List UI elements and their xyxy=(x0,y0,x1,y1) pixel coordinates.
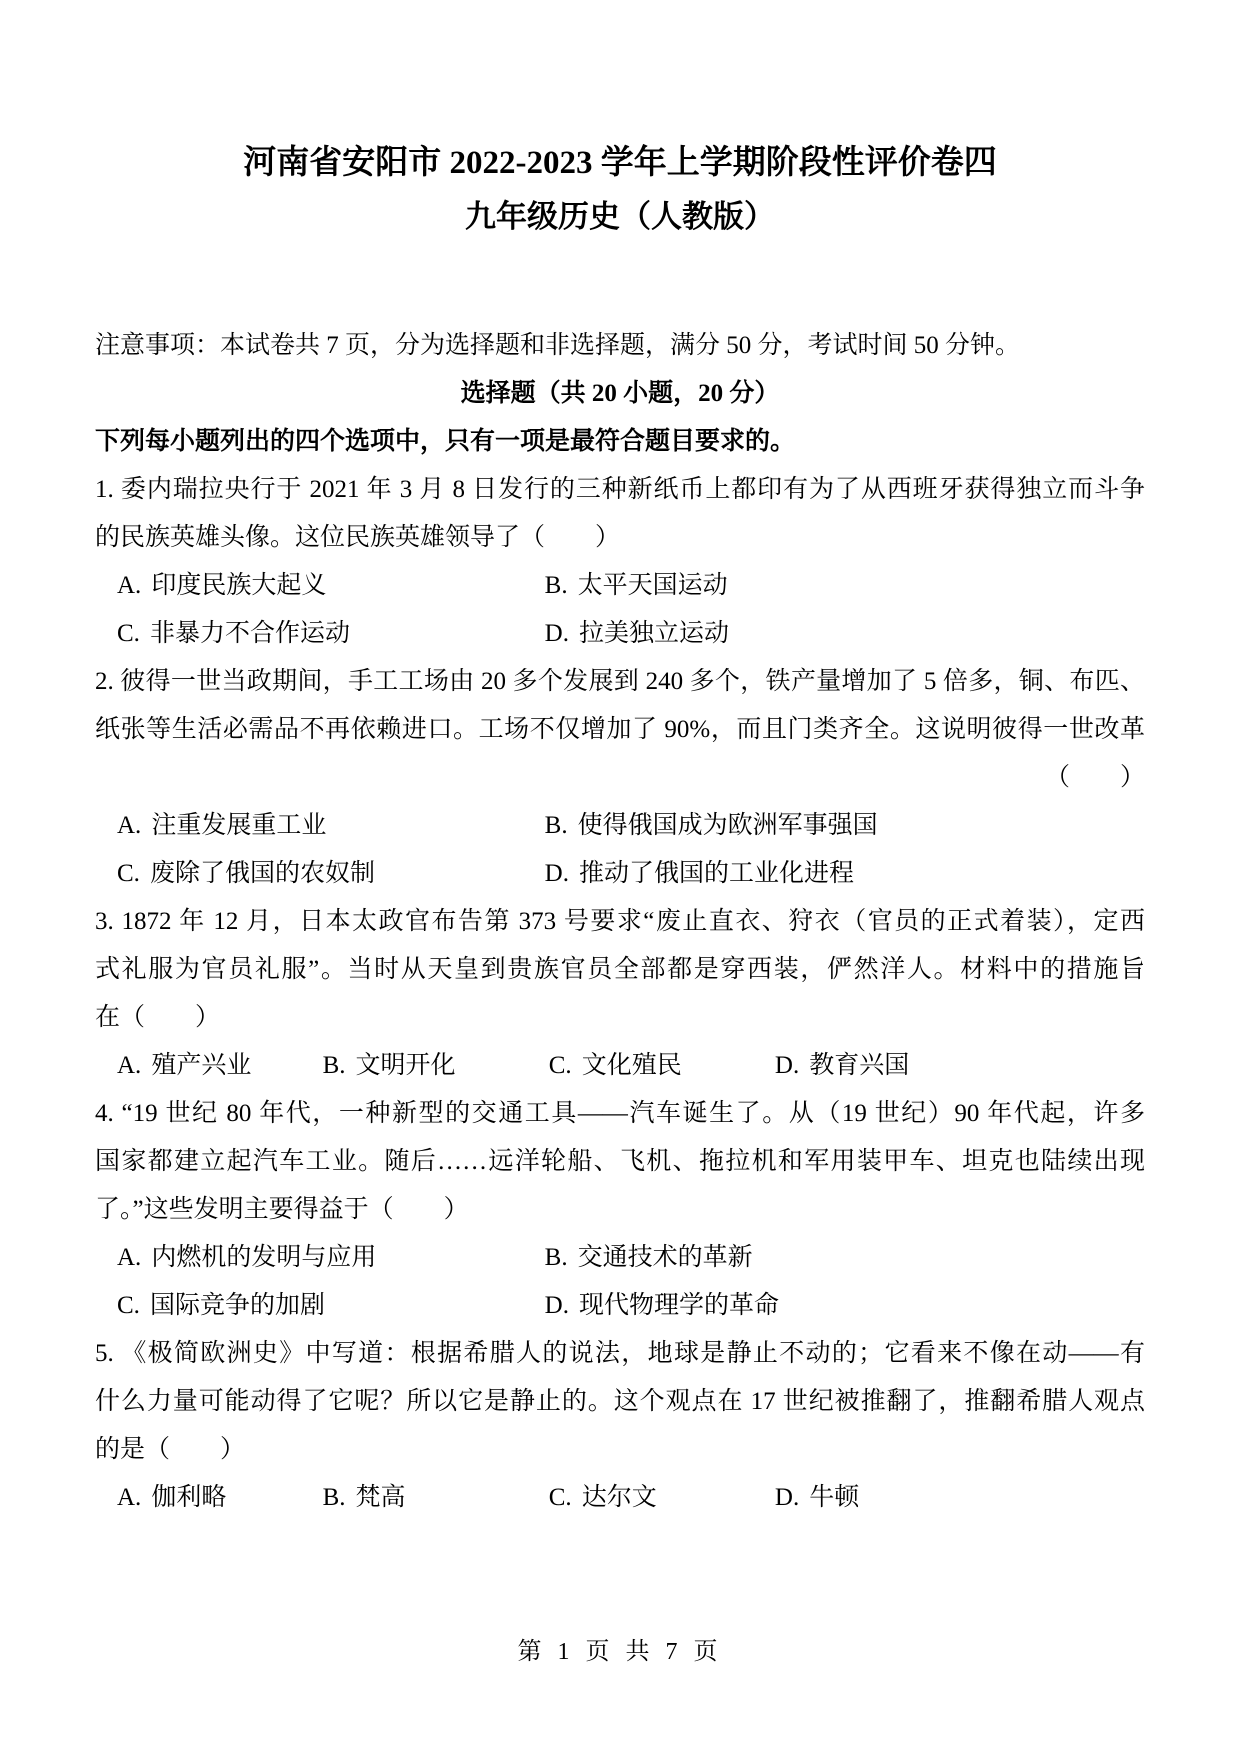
question-1: 1. 委内瑞拉央行于 2021 年 3 月 8 日发行的三种新纸币上都印有为了从… xyxy=(95,466,1145,658)
question-3: 3. 1872 年 12 月，日本太政官布告第 373 号要求“废止直衣、狩衣（… xyxy=(95,898,1145,1090)
question-4-option-B: B.交通技术的革新 xyxy=(545,1234,1145,1282)
question-5-option-D: D.牛顿 xyxy=(775,1474,1145,1522)
option-label: D. xyxy=(545,1292,569,1319)
option-text: 殖产兴业 xyxy=(151,1052,251,1079)
option-text: 教育兴国 xyxy=(809,1052,909,1079)
option-text: 梵高 xyxy=(356,1484,406,1511)
option-label: D. xyxy=(775,1052,799,1079)
question-1-options: A.印度民族大起义B.太平天国运动C.非暴力不合作运动D.拉美独立运动 xyxy=(95,562,1145,658)
option-text: 印度民族大起义 xyxy=(151,572,326,599)
option-label: C. xyxy=(117,620,140,647)
option-text: 伽利略 xyxy=(151,1484,226,1511)
option-label: A. xyxy=(117,1052,141,1079)
section-instruction: 下列每小题列出的四个选项中，只有一项是最符合题目要求的。 xyxy=(95,418,1145,466)
option-label: B. xyxy=(545,812,568,839)
option-text: 交通技术的革新 xyxy=(578,1244,753,1271)
option-label: A. xyxy=(117,1244,141,1271)
question-4: 4. “19 世纪 80 年代，一种新型的交通工具——汽车诞生了。从（19 世纪… xyxy=(95,1090,1145,1330)
question-1-stem-line: 的民族英雄头像。这位民族英雄领导了（ ） xyxy=(95,514,1145,562)
question-4-option-A: A.内燃机的发明与应用 xyxy=(117,1234,545,1282)
question-2-options: A.注重发展重工业B.使得俄国成为欧洲军事强国C.废除了俄国的农奴制D.推动了俄… xyxy=(95,802,1145,898)
question-4-options: A.内燃机的发明与应用B.交通技术的革新C.国际竞争的加剧D.现代物理学的革命 xyxy=(95,1234,1145,1330)
option-label: C. xyxy=(549,1484,572,1511)
option-text: 达尔文 xyxy=(582,1484,657,1511)
question-5-stem-line: 5. 《极简欧洲史》中写道：根据希腊人的说法，地球是静止不动的；它看来不像在动—… xyxy=(95,1330,1145,1378)
question-2-option-C: C.废除了俄国的农奴制 xyxy=(117,850,545,898)
page-footer: 第 1 页 共 7 页 xyxy=(95,1634,1145,1670)
question-1-option-B: B.太平天国运动 xyxy=(545,562,1145,610)
question-5-option-B: B.梵高 xyxy=(323,1474,549,1522)
option-label: D. xyxy=(545,620,569,647)
question-4-option-C: C.国际竞争的加剧 xyxy=(117,1282,545,1330)
option-label: D. xyxy=(775,1484,799,1511)
question-1-stem-line: 1. 委内瑞拉央行于 2021 年 3 月 8 日发行的三种新纸币上都印有为了从… xyxy=(95,466,1145,514)
option-label: D. xyxy=(545,860,569,887)
question-2: 2. 彼得一世当政期间，手工工场由 20 多个发展到 240 多个，铁产量增加了… xyxy=(95,658,1145,898)
question-2-option-A: A.注重发展重工业 xyxy=(117,802,545,850)
question-4-stem-line: 4. “19 世纪 80 年代，一种新型的交通工具——汽车诞生了。从（19 世纪… xyxy=(95,1090,1145,1138)
option-text: 注重发展重工业 xyxy=(151,812,326,839)
option-text: 废除了俄国的农奴制 xyxy=(150,860,375,887)
question-3-option-C: C.文化殖民 xyxy=(549,1042,775,1090)
question-2-option-B: B.使得俄国成为欧洲军事强国 xyxy=(545,802,1145,850)
question-3-stem-line: 3. 1872 年 12 月，日本太政官布告第 373 号要求“废止直衣、狩衣（… xyxy=(95,898,1145,946)
option-text: 文明开化 xyxy=(356,1052,456,1079)
question-2-stem-line: 2. 彼得一世当政期间，手工工场由 20 多个发展到 240 多个，铁产量增加了… xyxy=(95,658,1145,706)
option-text: 国际竞争的加剧 xyxy=(150,1292,325,1319)
option-text: 牛顿 xyxy=(809,1484,859,1511)
question-5-option-A: A.伽利略 xyxy=(117,1474,323,1522)
question-3-stem-line: 在（ ） xyxy=(95,994,1145,1042)
option-text: 内燃机的发明与应用 xyxy=(151,1244,376,1271)
option-label: B. xyxy=(545,1244,568,1271)
option-text: 拉美独立运动 xyxy=(579,620,729,647)
question-2-answer-bracket: （ ） xyxy=(95,754,1145,802)
question-3-stem-line: 式礼服为官员礼服”。当时从天皇到贵族官员全部都是穿西装，俨然洋人。材料中的措施旨 xyxy=(95,946,1145,994)
option-label: C. xyxy=(549,1052,572,1079)
option-label: A. xyxy=(117,572,141,599)
question-3-option-B: B.文明开化 xyxy=(323,1042,549,1090)
option-label: A. xyxy=(117,812,141,839)
exam-title: 河南省安阳市 2022-2023 学年上学期阶段性评价卷四 xyxy=(95,136,1145,190)
question-3-option-A: A.殖产兴业 xyxy=(117,1042,323,1090)
question-5-stem-line: 的是（ ） xyxy=(95,1426,1145,1474)
option-text: 推动了俄国的工业化进程 xyxy=(579,860,854,887)
question-2-option-D: D.推动了俄国的工业化进程 xyxy=(545,850,1145,898)
question-1-option-C: C.非暴力不合作运动 xyxy=(117,610,545,658)
question-4-stem-line: 了。”这些发明主要得益于（ ） xyxy=(95,1186,1145,1234)
question-5: 5. 《极简欧洲史》中写道：根据希腊人的说法，地球是静止不动的；它看来不像在动—… xyxy=(95,1330,1145,1522)
question-4-stem-line: 国家都建立起汽车工业。随后……远洋轮船、飞机、拖拉机和军用装甲车、坦克也陆续出现 xyxy=(95,1138,1145,1186)
question-1-option-A: A.印度民族大起义 xyxy=(117,562,545,610)
section-header: 选择题（共 20 小题，20 分） xyxy=(95,370,1145,418)
question-list: 1. 委内瑞拉央行于 2021 年 3 月 8 日发行的三种新纸币上都印有为了从… xyxy=(95,466,1145,1522)
option-label: B. xyxy=(323,1484,346,1511)
exam-subtitle: 九年级历史（人教版） xyxy=(95,190,1145,244)
option-label: B. xyxy=(545,572,568,599)
question-3-option-D: D.教育兴国 xyxy=(775,1042,1145,1090)
question-3-options: A.殖产兴业B.文明开化C.文化殖民D.教育兴国 xyxy=(95,1042,1145,1090)
option-label: A. xyxy=(117,1484,141,1511)
question-5-option-C: C.达尔文 xyxy=(549,1474,775,1522)
option-text: 使得俄国成为欧洲军事强国 xyxy=(578,812,878,839)
option-text: 非暴力不合作运动 xyxy=(150,620,350,647)
option-label: C. xyxy=(117,860,140,887)
exam-header: 河南省安阳市 2022-2023 学年上学期阶段性评价卷四 九年级历史（人教版） xyxy=(95,136,1145,244)
question-2-stem-line: 纸张等生活必需品不再依赖进口。工场不仅增加了 90%，而且门类齐全。这说明彼得一… xyxy=(95,706,1145,754)
option-label: C. xyxy=(117,1292,140,1319)
option-text: 太平天国运动 xyxy=(578,572,728,599)
exam-page: 河南省安阳市 2022-2023 学年上学期阶段性评价卷四 九年级历史（人教版）… xyxy=(0,0,1240,1753)
option-text: 文化殖民 xyxy=(582,1052,682,1079)
option-label: B. xyxy=(323,1052,346,1079)
option-text: 现代物理学的革命 xyxy=(579,1292,779,1319)
question-1-option-D: D.拉美独立运动 xyxy=(545,610,1145,658)
question-4-option-D: D.现代物理学的革命 xyxy=(545,1282,1145,1330)
exam-notice: 注意事项：本试卷共 7 页，分为选择题和非选择题，满分 50 分，考试时间 50… xyxy=(95,322,1145,370)
question-5-options: A.伽利略B.梵高C.达尔文D.牛顿 xyxy=(95,1474,1145,1522)
question-5-stem-line: 什么力量可能动得了它呢？所以它是静止的。这个观点在 17 世纪被推翻了，推翻希腊… xyxy=(95,1378,1145,1426)
